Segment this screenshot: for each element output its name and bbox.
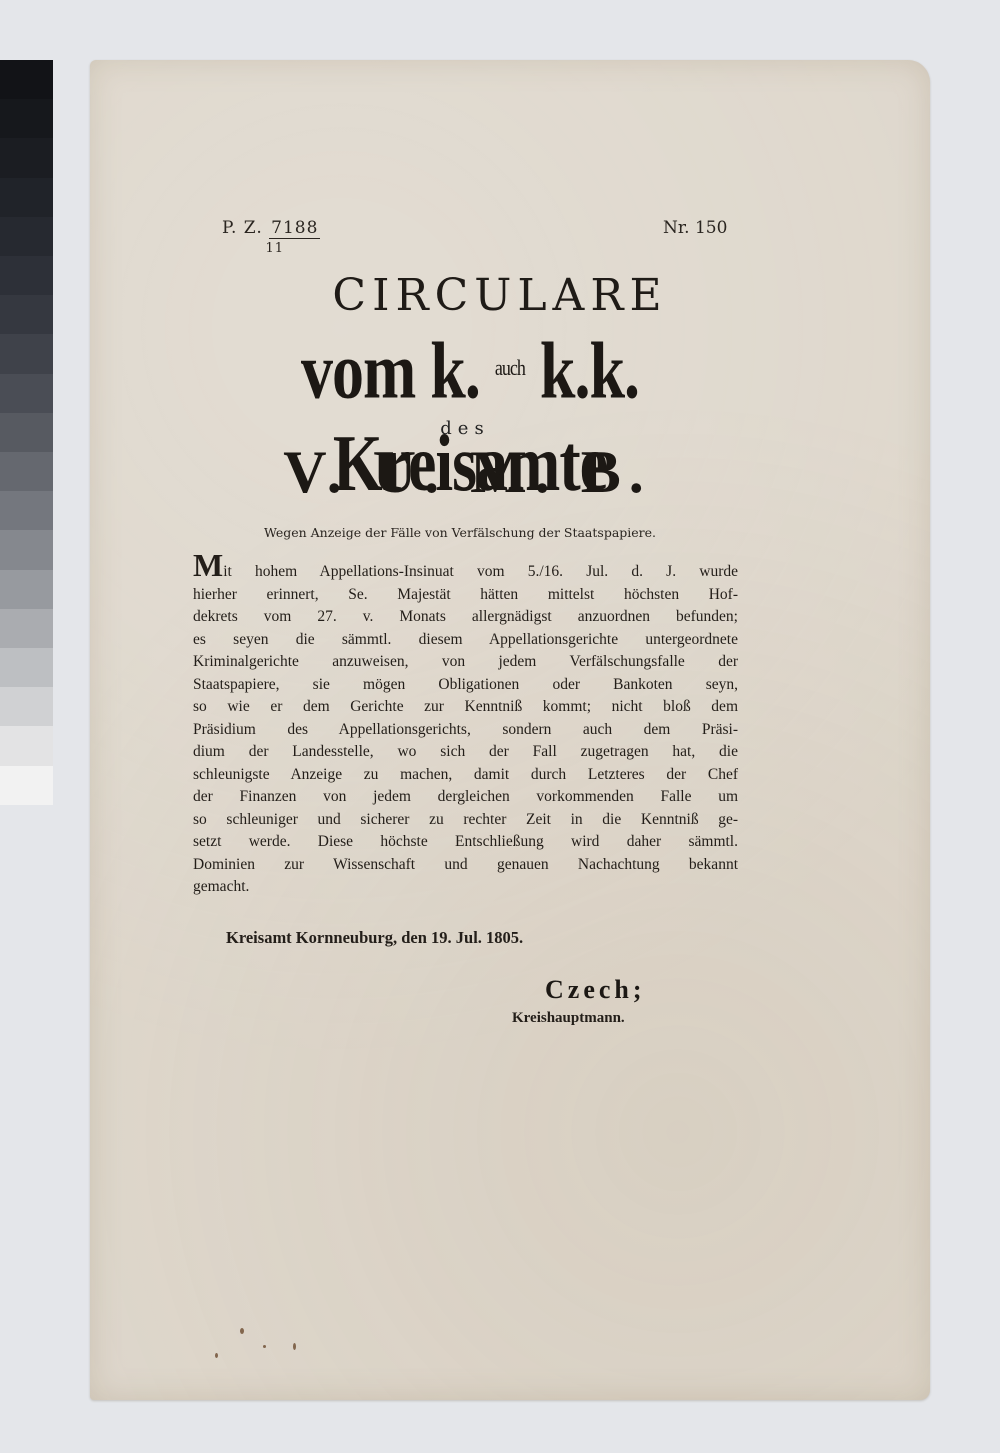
body-line: hierher erinnert, Se. Majestät hätten mi… xyxy=(193,584,738,607)
gray-patch xyxy=(0,217,53,256)
topic-line: Wegen Anzeige der Fälle von Verfälschung… xyxy=(230,525,690,540)
gray-patch xyxy=(0,726,53,765)
gray-patch xyxy=(0,99,53,138)
ink-stain xyxy=(215,1353,218,1358)
body-line: Präsidium des Appellationsgerichts, sond… xyxy=(193,719,738,742)
reference-numerator: 7188 xyxy=(269,218,320,239)
body-line: Kriminalgerichte anzuweisen, von jedem V… xyxy=(193,651,738,674)
gray-patch xyxy=(0,334,53,373)
document-title: CIRCULARE xyxy=(0,270,1000,321)
gray-patch xyxy=(0,530,53,569)
ink-stain xyxy=(293,1343,296,1350)
body-line: dekrets vom 27. v. Monats allergnädigst … xyxy=(193,606,738,629)
body-line: Dominien zur Wissenschaft und genauen Na… xyxy=(193,854,738,877)
ink-stain xyxy=(263,1345,266,1348)
gray-patch xyxy=(0,687,53,726)
circular-number: Nr. 150 xyxy=(663,218,727,238)
province-abbreviation: V. U. M. B. xyxy=(0,438,935,507)
gray-patch xyxy=(0,374,53,413)
body-line: schleunigste Anzeige zu machen, damit du… xyxy=(193,764,738,787)
reference-number: P. Z. 7188 11 xyxy=(222,218,320,256)
body-line: es seyen die sämmtl. diesem Appellations… xyxy=(193,629,738,652)
gray-patch xyxy=(0,60,53,99)
place-and-date: Kreisamt Kornneuburg, den 19. Jul. 1805. xyxy=(226,928,523,948)
body-line: gemacht. xyxy=(193,876,738,899)
drop-initial: M xyxy=(193,547,223,583)
signature-title: Kreishauptmann. xyxy=(512,1010,625,1027)
body-line: so schleuniger und sicherer zu rechter Z… xyxy=(193,809,738,832)
body-line: dium der Landesstelle, wo sich der Fall … xyxy=(193,741,738,764)
body-paragraph: Mit hohem Appellations-Insinuat vom 5./1… xyxy=(193,555,738,899)
signature-name: Czech; xyxy=(545,975,646,1005)
body-line: Staatspapiere, sie mögen Obligationen od… xyxy=(193,674,738,697)
gray-patch xyxy=(0,609,53,648)
reference-prefix: P. Z. xyxy=(222,218,263,238)
body-line: Mit hohem Appellations-Insinuat vom 5./1… xyxy=(193,555,738,584)
body-line: setzt werde. Diese höchste Entschließung… xyxy=(193,831,738,854)
gray-patch xyxy=(0,648,53,687)
body-line: so wie er dem Gerichte zur Kenntniß komm… xyxy=(193,696,738,719)
gray-patch xyxy=(0,766,53,805)
reference-denominator: 11 xyxy=(229,241,320,256)
gray-patch xyxy=(0,138,53,177)
des-word: des xyxy=(0,418,930,439)
gray-patch xyxy=(0,570,53,609)
gray-patch xyxy=(0,178,53,217)
ink-stain xyxy=(240,1328,244,1334)
body-line: der Finanzen von jedem dergleichen vorko… xyxy=(193,786,738,809)
